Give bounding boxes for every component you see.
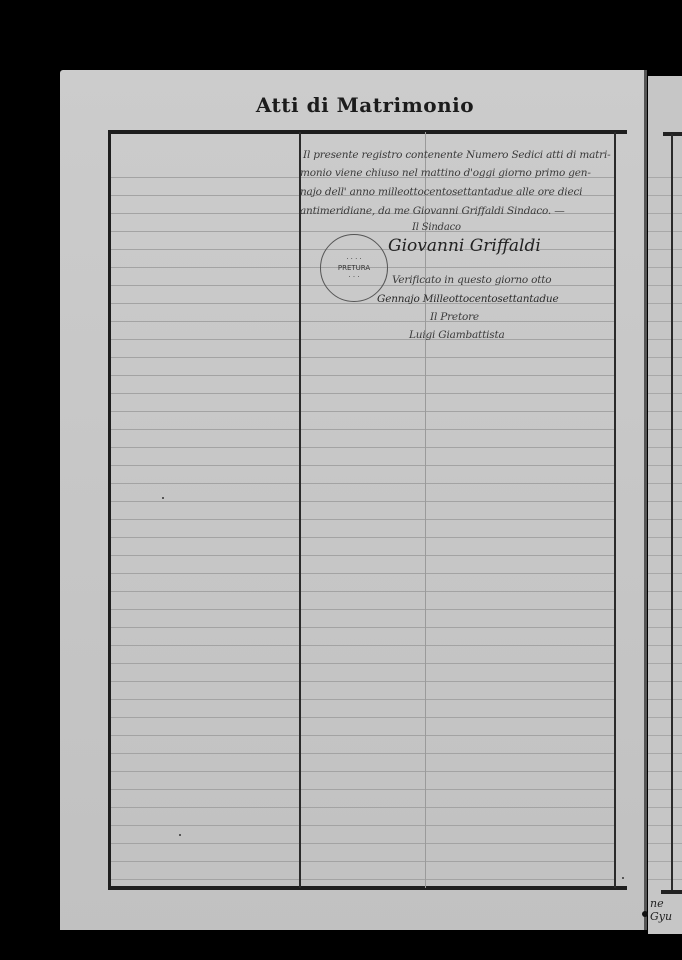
stamp-text: · · · · PRETURA · · ·	[321, 255, 387, 282]
book-spine	[644, 70, 647, 930]
entry-line-2: monio viene chiuso nel mattino d'oggi gi…	[300, 167, 591, 179]
entry-line-1: Il presente registro contenente Numero S…	[303, 149, 610, 161]
right-page-frame-left	[671, 134, 673, 890]
frame-left-border	[108, 130, 111, 890]
right-page-margin-note: ne Gyu	[650, 897, 682, 923]
entry-line-4: antimeridiane, da me Giovanni Griffaldi …	[300, 205, 565, 217]
paper-speck	[162, 497, 164, 499]
frame-right-border	[614, 132, 616, 888]
frame-bottom-border	[108, 886, 627, 890]
binding-pin	[642, 911, 648, 917]
verification-line-2: Gennajo Milleottocentosettantadue	[377, 293, 558, 305]
right-page-frame-bottom	[661, 890, 682, 894]
signature-title: Il Sindaco	[412, 222, 461, 233]
column-divider	[299, 132, 301, 888]
verification-line-1: Verificato in questo giorno otto	[392, 274, 551, 286]
page-title: Atti di Matrimonio	[0, 93, 682, 117]
right-page-ruled-lines	[648, 160, 682, 886]
paper-speck	[179, 834, 181, 836]
verification-line-3: Il Pretore	[430, 311, 479, 323]
signature-name: Giovanni Griffaldi	[388, 236, 541, 256]
official-stamp: · · · · PRETURA · · ·	[320, 234, 388, 302]
frame-top-border	[108, 130, 627, 134]
entry-line-3: najo dell' anno milleottocentosettantadu…	[300, 186, 582, 198]
paper-speck	[622, 877, 624, 879]
verification-signature: Luigi Giambattista	[409, 329, 505, 341]
